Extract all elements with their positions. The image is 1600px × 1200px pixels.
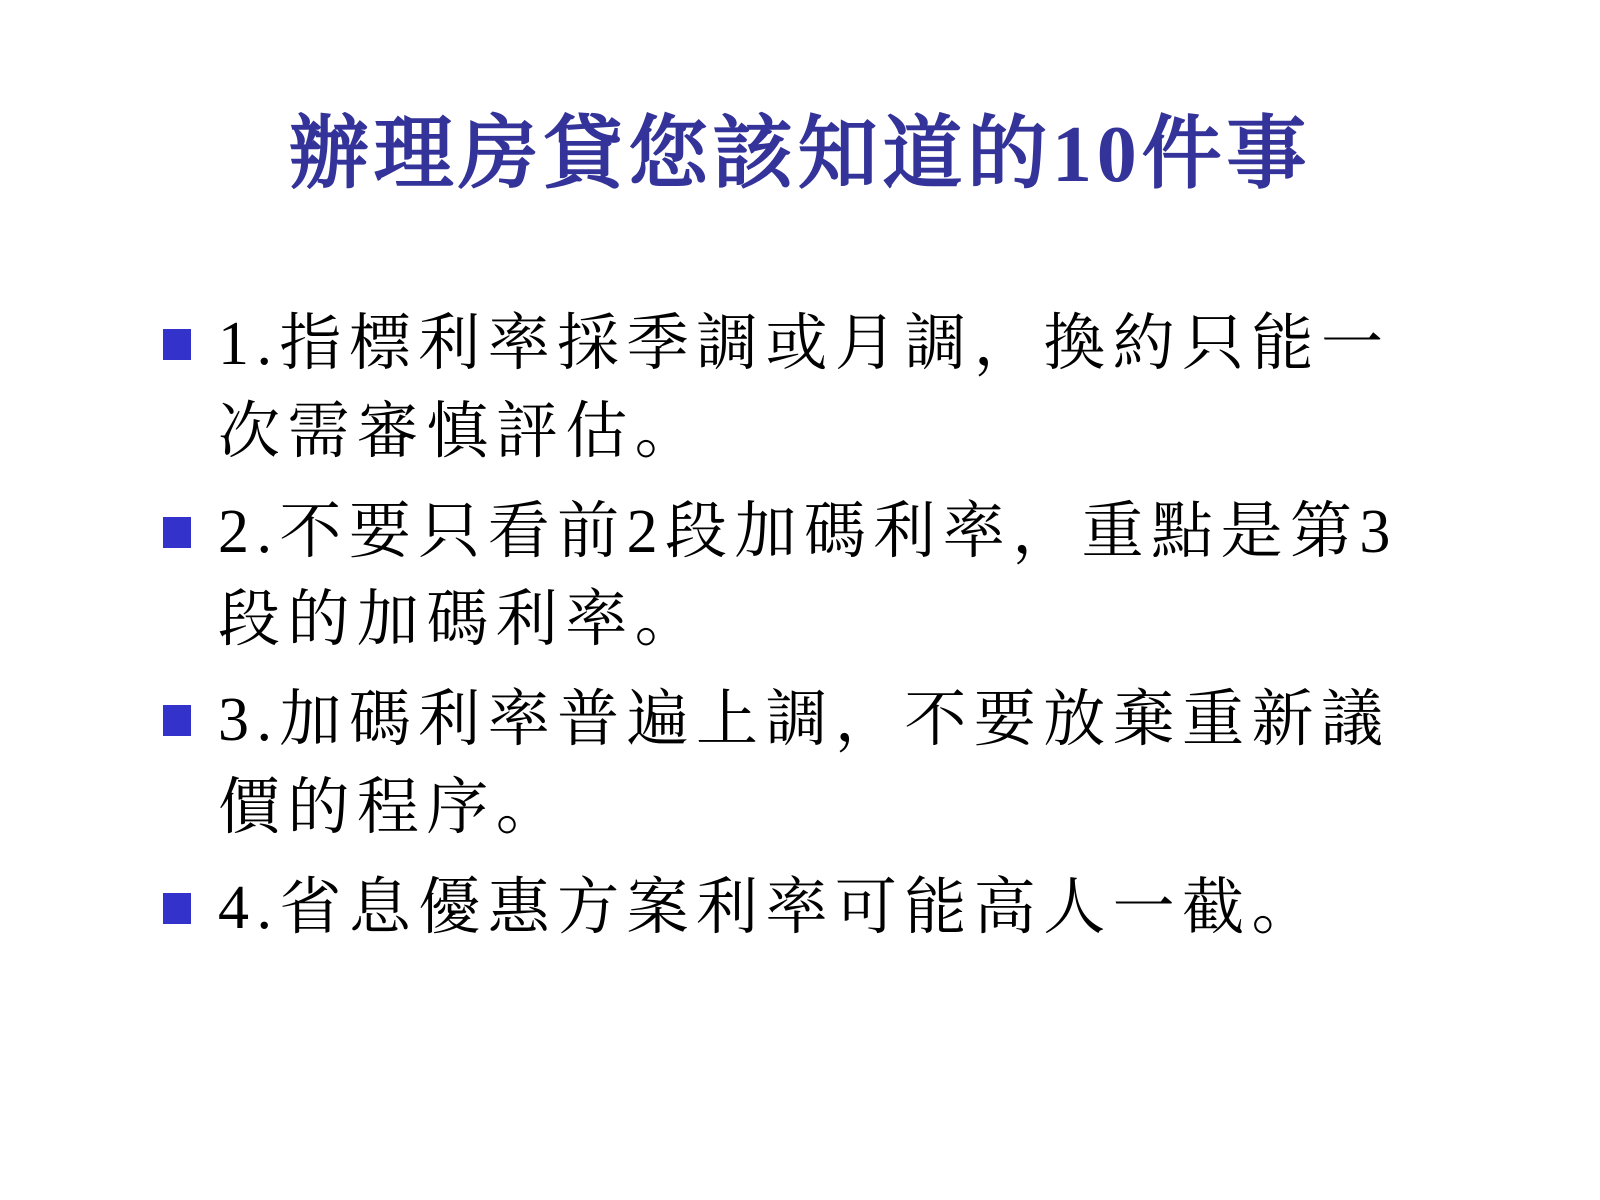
- bullet-item-4: 4.省息優惠方案利率可能高人一截。: [163, 864, 1423, 952]
- slide-title: 辦理房貸您該知道的10件事: [0, 95, 1600, 215]
- bullet-item-1: 1.指標利率採季調或月調，換約只能一次需審慎評估。: [163, 300, 1423, 476]
- bullet-square-icon: [163, 893, 191, 924]
- bullet-text-4: 4.省息優惠方案利率可能高人一截。: [218, 864, 1408, 952]
- bullet-square-icon: [163, 329, 191, 360]
- bullet-list: 1.指標利率採季調或月調，換約只能一次需審慎評估。 2.不要只看前2段加碼利率，…: [163, 300, 1423, 964]
- bullet-text-2: 2.不要只看前2段加碼利率，重點是第3段的加碼利率。: [218, 488, 1408, 664]
- bullet-text-3: 3.加碼利率普遍上調，不要放棄重新議價的程序。: [218, 676, 1408, 852]
- bullet-item-2: 2.不要只看前2段加碼利率，重點是第3段的加碼利率。: [163, 488, 1423, 664]
- bullet-text-1: 1.指標利率採季調或月調，換約只能一次需審慎評估。: [218, 300, 1408, 476]
- bullet-square-icon: [163, 517, 191, 548]
- presentation-slide: 辦理房貸您該知道的10件事 1.指標利率採季調或月調，換約只能一次需審慎評估。 …: [0, 0, 1600, 1200]
- bullet-item-3: 3.加碼利率普遍上調，不要放棄重新議價的程序。: [163, 676, 1423, 852]
- bullet-square-icon: [163, 705, 191, 736]
